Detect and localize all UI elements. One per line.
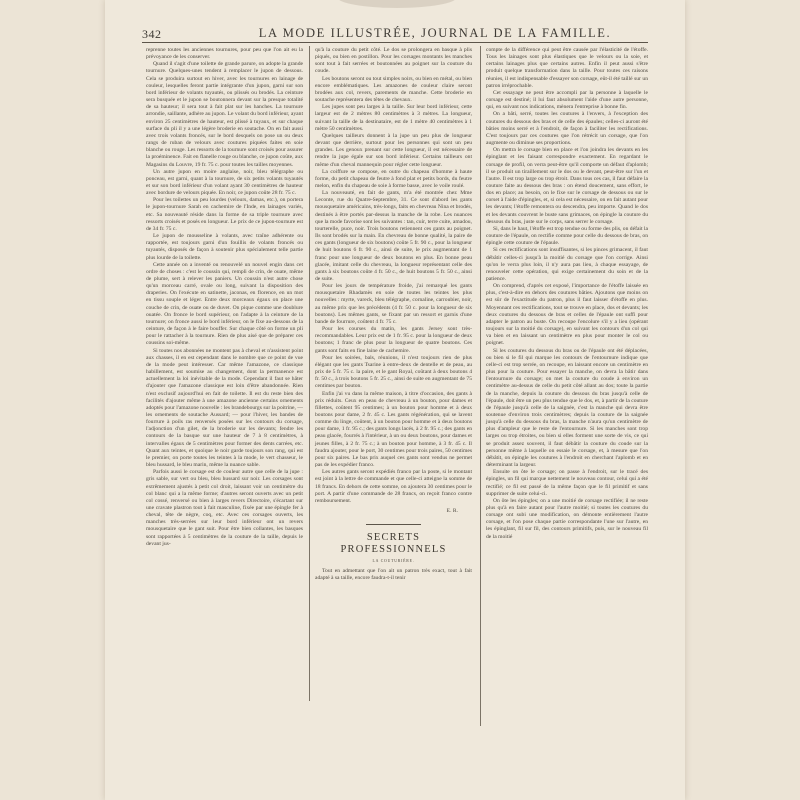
paragraph: Ensuite on ôte le corsage; on passe à l'…	[486, 469, 648, 498]
paragraph: compte de la différence qui peut être ca…	[486, 47, 648, 90]
paragraph: On ôte les épingles; on a une moitié de …	[486, 498, 648, 541]
column-divider	[309, 46, 310, 701]
newspaper-page: 342 LA MODE ILLUSTRÉE, JOURNAL DE LA FAM…	[105, 0, 685, 800]
paragraph: Si toutes nos abonnées ne montent pas à …	[146, 348, 303, 470]
column-divider	[480, 46, 481, 726]
paragraph: Enfin j'ai vu dans la même maison, à tit…	[315, 391, 472, 470]
paragraph: qu'à la couture du petit côté. Le dos se…	[315, 47, 472, 76]
column-right: compte de la différence qui peut être ca…	[486, 47, 648, 541]
article-signature: E. R.	[315, 508, 472, 515]
paragraph: La nouveauté, en fait de gants, m'a été …	[315, 190, 472, 283]
paragraph: Si, dans le haut, l'étoffe est trop tend…	[486, 226, 648, 247]
paragraph: On mettra le corsage bien en place et l'…	[486, 147, 648, 226]
paragraph: Le jupon de mousseline à volants, avec t…	[146, 233, 303, 262]
section-separator	[366, 524, 421, 525]
column-left: reprenne toutes les anciennes tournures,…	[146, 47, 303, 548]
paragraph: Un autre jupon en moire anglaise, noir, …	[146, 169, 303, 198]
paragraph: On comprend, d'après cet exposé, l'impor…	[486, 283, 648, 347]
paragraph: Pour les courses du matin, les gants Jer…	[315, 326, 472, 355]
paragraph: Les boutons seront ou tout simples noirs…	[315, 76, 472, 105]
page-header: 342 LA MODE ILLUSTRÉE, JOURNAL DE LA FAM…	[142, 24, 648, 43]
paragraph: Les autres gants seront expédiés franco …	[315, 469, 472, 505]
paragraph: Si ces rectifications sont insuffisantes…	[486, 247, 648, 283]
paragraph: reprenne toutes les anciennes tournures,…	[146, 47, 303, 61]
paragraph: Parfois aussi le corsage est de couleur …	[146, 469, 303, 548]
paragraph: Cet essayage ne peut être accompli par l…	[486, 90, 648, 111]
column-middle: qu'à la couture du petit côté. Le dos se…	[315, 47, 472, 583]
paragraph: Pour les soirées, bals, réunions, il n'e…	[315, 355, 472, 391]
paragraph: Cette année on a inventé ou renouvelé un…	[146, 262, 303, 348]
page-number: 342	[142, 27, 162, 42]
paragraph: On a bâti, serré, toutes les coutures à …	[486, 111, 648, 147]
section-title: SECRETS PROFESSIONNELS	[315, 532, 472, 556]
paragraph: La coiffure se compose, en outre du chap…	[315, 169, 472, 190]
paragraph: Tout en admettant que l'on ait un patron…	[315, 568, 472, 582]
paragraph: Quand il s'agit d'une toilette de grande…	[146, 61, 303, 168]
section-subtitle: LA COUTURIÈRE.	[315, 558, 472, 565]
paragraph: Les jupes sont peu larges à la taille. S…	[315, 104, 472, 133]
paragraph: Pour les toilettes un peu lourdes (velou…	[146, 197, 303, 233]
paragraph: Pour les jours de température froide, j'…	[315, 283, 472, 326]
journal-title: LA MODE ILLUSTRÉE, JOURNAL DE LA FAMILLE…	[222, 26, 648, 41]
paragraph: Si les coutures du dessous du bras ou de…	[486, 348, 648, 470]
paragraph: Quelques tailleurs donnent à la jupe un …	[315, 133, 472, 169]
